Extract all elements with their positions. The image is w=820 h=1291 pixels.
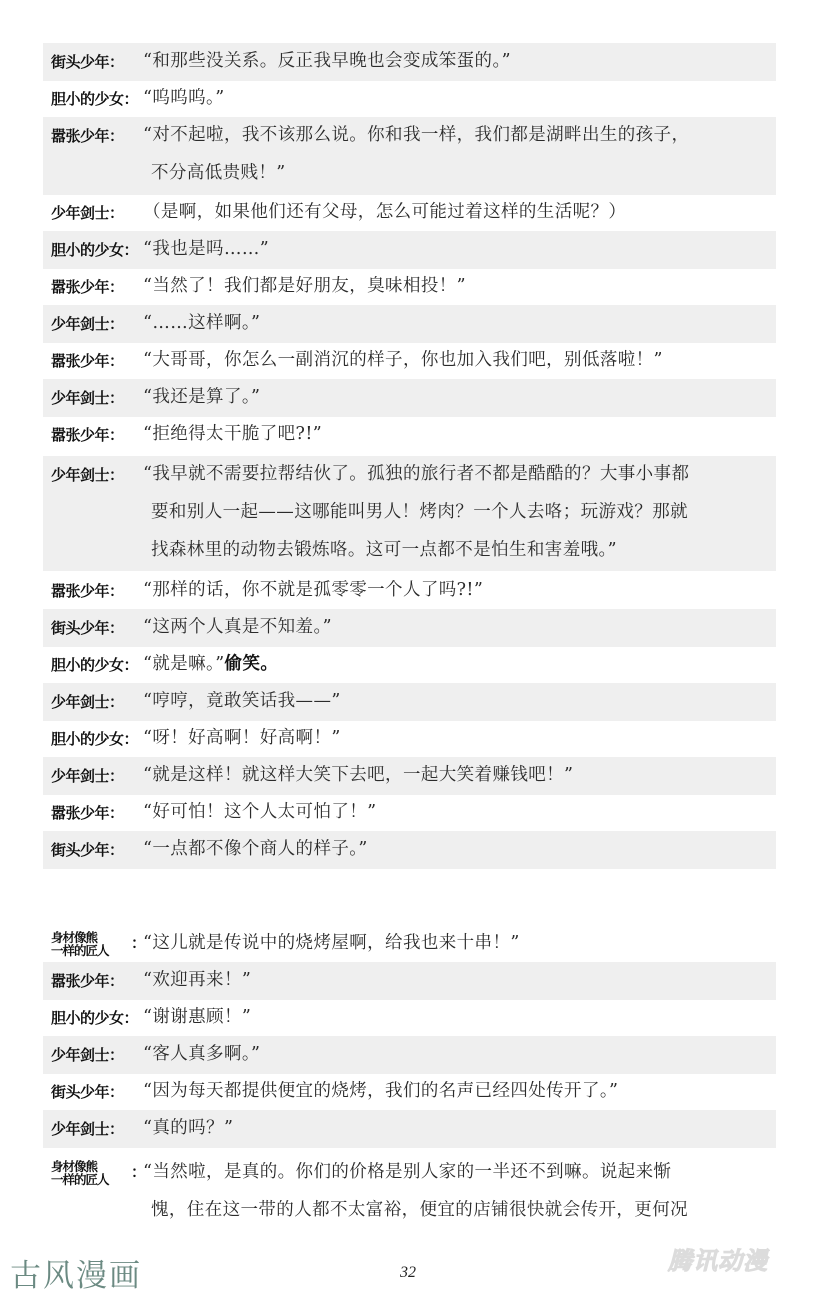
dialogue-text: “对不起啦，我不该那么说。你和我一样，我们都是湖畔出生的孩子，: [143, 125, 689, 145]
speaker-name: 胆小的少女：: [51, 80, 143, 117]
dialogue-row: 少年剑士：“客人真多啊。”: [43, 1036, 776, 1074]
dialogue-text: “呀！好高啊！好高啊！”: [143, 728, 341, 748]
speaker-name: 胆小的少女：: [51, 999, 143, 1036]
dialogue-text: “哼哼，竟敢笑话我——”: [143, 691, 341, 711]
speaker-name: 嚣张少年：: [51, 268, 143, 305]
speaker-name: 嚣张少年：: [51, 572, 143, 609]
speaker-name: 胆小的少女：: [51, 231, 143, 268]
dialogue-line: 找森林里的动物去锻炼咯。这可一点都不是怕生和害羞哦。”: [151, 532, 617, 569]
dialogue-text: “就是嘛。”: [143, 654, 225, 674]
dialogue-row: 街头少年：“这两个人真是不知羞。”: [43, 609, 776, 647]
dialogue-line: “……这样啊。”: [143, 305, 260, 342]
speaker-name: 胆小的少女：: [51, 720, 143, 757]
speaker-name: 少年剑士：: [51, 683, 143, 720]
dialogue-line: “当然了！我们都是好朋友，臭味相投！”: [143, 268, 466, 305]
speaker-name: 嚣张少年：: [51, 342, 143, 379]
dialogue-row: 少年剑士：“哼哼，竟敢笑话我——”: [43, 683, 776, 721]
dialogue-text: “那样的话，你不就是孤零零一个人了吗?!”: [143, 580, 483, 600]
dialogue-text: “因为每天都提供便宜的烧烤，我们的名声已经四处传开了。”: [143, 1081, 618, 1101]
speaker-name: 嚣张少年：: [51, 794, 143, 831]
watermark: 腾讯动漫: [668, 1241, 768, 1276]
dialogue-text: “真的吗？”: [143, 1118, 233, 1138]
dialogue-line: “我也是吗……”: [143, 231, 269, 268]
dialogue-text: 不分高低贵贱！”: [151, 163, 286, 183]
dialogue-line: “客人真多啊。”: [143, 1036, 260, 1073]
dialogue-line: “就是嘛。”偷笑。: [143, 646, 278, 683]
speaker-name: 身材像熊一样的匠人：: [51, 925, 143, 962]
dialogue-row: 身材像熊一样的匠人：“当然啦，是真的。你们的价格是别人家的一半还不到嘛。说起来惭…: [43, 1154, 776, 1232]
dialogue-row: 嚣张少年：“拒绝得太干脆了吧?!”: [43, 416, 776, 454]
dialogue-text: “谢谢惠顾！”: [143, 1007, 251, 1027]
speaker-name: 嚣张少年：: [51, 416, 143, 453]
dialogue-line: 不分高低贵贱！”: [151, 155, 286, 192]
dialogue-text: “……这样啊。”: [143, 313, 260, 333]
dialogue-row: 嚣张少年：“那样的话，你不就是孤零零一个人了吗?!”: [43, 572, 776, 610]
dialogue-line: “就是这样！就这样大笑下去吧，一起大笑着赚钱吧！”: [143, 757, 573, 794]
dialogue-line: “呀！好高啊！好高啊！”: [143, 720, 341, 757]
dialogue-row: 身材像熊一样的匠人：“这儿就是传说中的烧烤屋啊，给我也来十串！”: [43, 925, 776, 963]
dialogue-text: “一点都不像个商人的样子。”: [143, 839, 368, 859]
dialogue-line: “和那些没关系。反正我早晚也会变成笨蛋的。”: [143, 43, 511, 80]
speaker-name: 街头少年：: [51, 43, 143, 80]
dialogue-text: “大哥哥，你怎么一副消沉的样子，你也加入我们吧，别低落啦！”: [143, 350, 663, 370]
speaker-name: 少年剑士：: [51, 305, 143, 342]
dialogue-text: “这两个人真是不知羞。”: [143, 617, 332, 637]
dialogue-text: “我还是算了。”: [143, 387, 260, 407]
dialogue-row: 胆小的少女：“我也是吗……”: [43, 231, 776, 269]
dialogue-line: “这儿就是传说中的烧烤屋啊，给我也来十串！”: [143, 925, 520, 962]
speaker-name: 嚣张少年：: [51, 117, 143, 154]
speaker-name: 少年剑士：: [51, 456, 143, 493]
dialogue-text: 要和别人一起——这哪能叫男人！烤肉？一个人去咯；玩游戏？那就: [151, 502, 688, 522]
dialogue-text: “我也是吗……”: [143, 239, 269, 259]
dialogue-text: “当然啦，是真的。你们的价格是别人家的一半还不到嘛。说起来惭: [143, 1162, 671, 1182]
dialogue-line: 要和别人一起——这哪能叫男人！烤肉？一个人去咯；玩游戏？那就: [151, 494, 688, 531]
dialogue-row: 嚣张少年：“大哥哥，你怎么一副消沉的样子，你也加入我们吧，别低落啦！”: [43, 342, 776, 380]
dialogue-row: 街头少年：“和那些没关系。反正我早晚也会变成笨蛋的。”: [43, 43, 776, 81]
speaker-name: 少年剑士：: [51, 194, 143, 231]
dialogue-row: 街头少年：“一点都不像个商人的样子。”: [43, 831, 776, 869]
dialogue-row: 胆小的少女：“谢谢惠顾！”: [43, 999, 776, 1037]
dialogue-row: 嚣张少年：“欢迎再来！”: [43, 962, 776, 1000]
stage-direction: 偷笑。: [225, 654, 279, 674]
dialogue-line: “哼哼，竟敢笑话我——”: [143, 683, 341, 720]
dialogue-text: 找森林里的动物去锻炼咯。这可一点都不是怕生和害羞哦。”: [151, 540, 617, 560]
speaker-name: 少年剑士：: [51, 757, 143, 794]
dialogue-line: “大哥哥，你怎么一副消沉的样子，你也加入我们吧，别低落啦！”: [143, 342, 663, 379]
dialogue-line: “因为每天都提供便宜的烧烤，我们的名声已经四处传开了。”: [143, 1073, 618, 1110]
dialogue-row: 少年剑士：（是啊，如果他们还有父母，怎么可能过着这样的生活呢？）: [43, 194, 776, 232]
dialogue-text: “这儿就是传说中的烧烤屋啊，给我也来十串！”: [143, 933, 520, 953]
dialogue-row: 嚣张少年：“好可怕！这个人太可怕了！”: [43, 794, 776, 832]
speaker-name: 街头少年：: [51, 609, 143, 646]
speaker-name: 少年剑士：: [51, 379, 143, 416]
dialogue-text: “就是这样！就这样大笑下去吧，一起大笑着赚钱吧！”: [143, 765, 573, 785]
speaker-name: 少年剑士：: [51, 1036, 143, 1073]
dialogue-text: “欢迎再来！”: [143, 970, 251, 990]
dialogue-line: “我早就不需要拉帮结伙了。孤独的旅行者不都是酷酷的？大事小事都: [143, 456, 689, 493]
speaker-name: 少年剑士：: [51, 1110, 143, 1147]
dialogue-text: “拒绝得太干脆了吧?!”: [143, 424, 322, 444]
dialogue-line: “对不起啦，我不该那么说。你和我一样，我们都是湖畔出生的孩子，: [143, 117, 689, 154]
dialogue-row: 胆小的少女：“呀！好高啊！好高啊！”: [43, 720, 776, 758]
dialogue-line: “好可怕！这个人太可怕了！”: [143, 794, 377, 831]
dialogue-text: “好可怕！这个人太可怕了！”: [143, 802, 377, 822]
dialogue-text: “我早就不需要拉帮结伙了。孤独的旅行者不都是酷酷的？大事小事都: [143, 464, 689, 484]
dialogue-line: “欢迎再来！”: [143, 962, 251, 999]
dialogue-text: 愧，住在这一带的人都不太富裕，便宜的店铺很快就会传开，更何况: [151, 1200, 688, 1220]
page-number: 32: [400, 1264, 416, 1282]
dialogue-row: 少年剑士：“……这样啊。”: [43, 305, 776, 343]
dialogue-row: 少年剑士：“我早就不需要拉帮结伙了。孤独的旅行者不都是酷酷的？大事小事都要和别人…: [43, 456, 776, 571]
dialogue-row: 少年剑士：“我还是算了。”: [43, 379, 776, 417]
speaker-name: 身材像熊一样的匠人：: [51, 1154, 143, 1191]
dialogue-line: “当然啦，是真的。你们的价格是别人家的一半还不到嘛。说起来惭: [143, 1154, 671, 1191]
speaker-name: 嚣张少年：: [51, 962, 143, 999]
dialogue-text: “当然了！我们都是好朋友，臭味相投！”: [143, 276, 466, 296]
dialogue-row: 嚣张少年：“对不起啦，我不该那么说。你和我一样，我们都是湖畔出生的孩子，不分高低…: [43, 117, 776, 195]
dialogue-line: “这两个人真是不知羞。”: [143, 609, 332, 646]
speaker-name: 街头少年：: [51, 831, 143, 868]
dialogue-row: 少年剑士：“真的吗？”: [43, 1110, 776, 1148]
dialogue-text: （是啊，如果他们还有父母，怎么可能过着这样的生活呢？）: [143, 202, 626, 222]
dialogue-line: “一点都不像个商人的样子。”: [143, 831, 368, 868]
dialogue-row: 嚣张少年：“当然了！我们都是好朋友，臭味相投！”: [43, 268, 776, 306]
dialogue-line: “呜呜呜。”: [143, 80, 225, 117]
dialogue-row: 胆小的少女：“呜呜呜。”: [43, 80, 776, 118]
dialogue-line: “我还是算了。”: [143, 379, 260, 416]
dialogue-line: （是啊，如果他们还有父母，怎么可能过着这样的生活呢？）: [143, 194, 626, 231]
dialogue-row: 胆小的少女：“就是嘛。”偷笑。: [43, 646, 776, 684]
dialogue-row: 少年剑士：“就是这样！就这样大笑下去吧，一起大笑着赚钱吧！”: [43, 757, 776, 795]
dialogue-line: “真的吗？”: [143, 1110, 233, 1147]
dialogue-line: 愧，住在这一带的人都不太富裕，便宜的店铺很快就会传开，更何况: [151, 1192, 688, 1229]
dialogue-line: “谢谢惠顾！”: [143, 999, 251, 1036]
speaker-name: 街头少年：: [51, 1073, 143, 1110]
site-logo: 古风漫画: [10, 1250, 142, 1291]
dialogue-text: “客人真多啊。”: [143, 1044, 260, 1064]
dialogue-line: “那样的话，你不就是孤零零一个人了吗?!”: [143, 572, 483, 609]
dialogue-row: 街头少年：“因为每天都提供便宜的烧烤，我们的名声已经四处传开了。”: [43, 1073, 776, 1111]
speaker-name: 胆小的少女：: [51, 646, 143, 683]
dialogue-line: “拒绝得太干脆了吧?!”: [143, 416, 322, 453]
dialogue-text: “和那些没关系。反正我早晚也会变成笨蛋的。”: [143, 51, 511, 71]
dialogue-text: “呜呜呜。”: [143, 88, 225, 108]
